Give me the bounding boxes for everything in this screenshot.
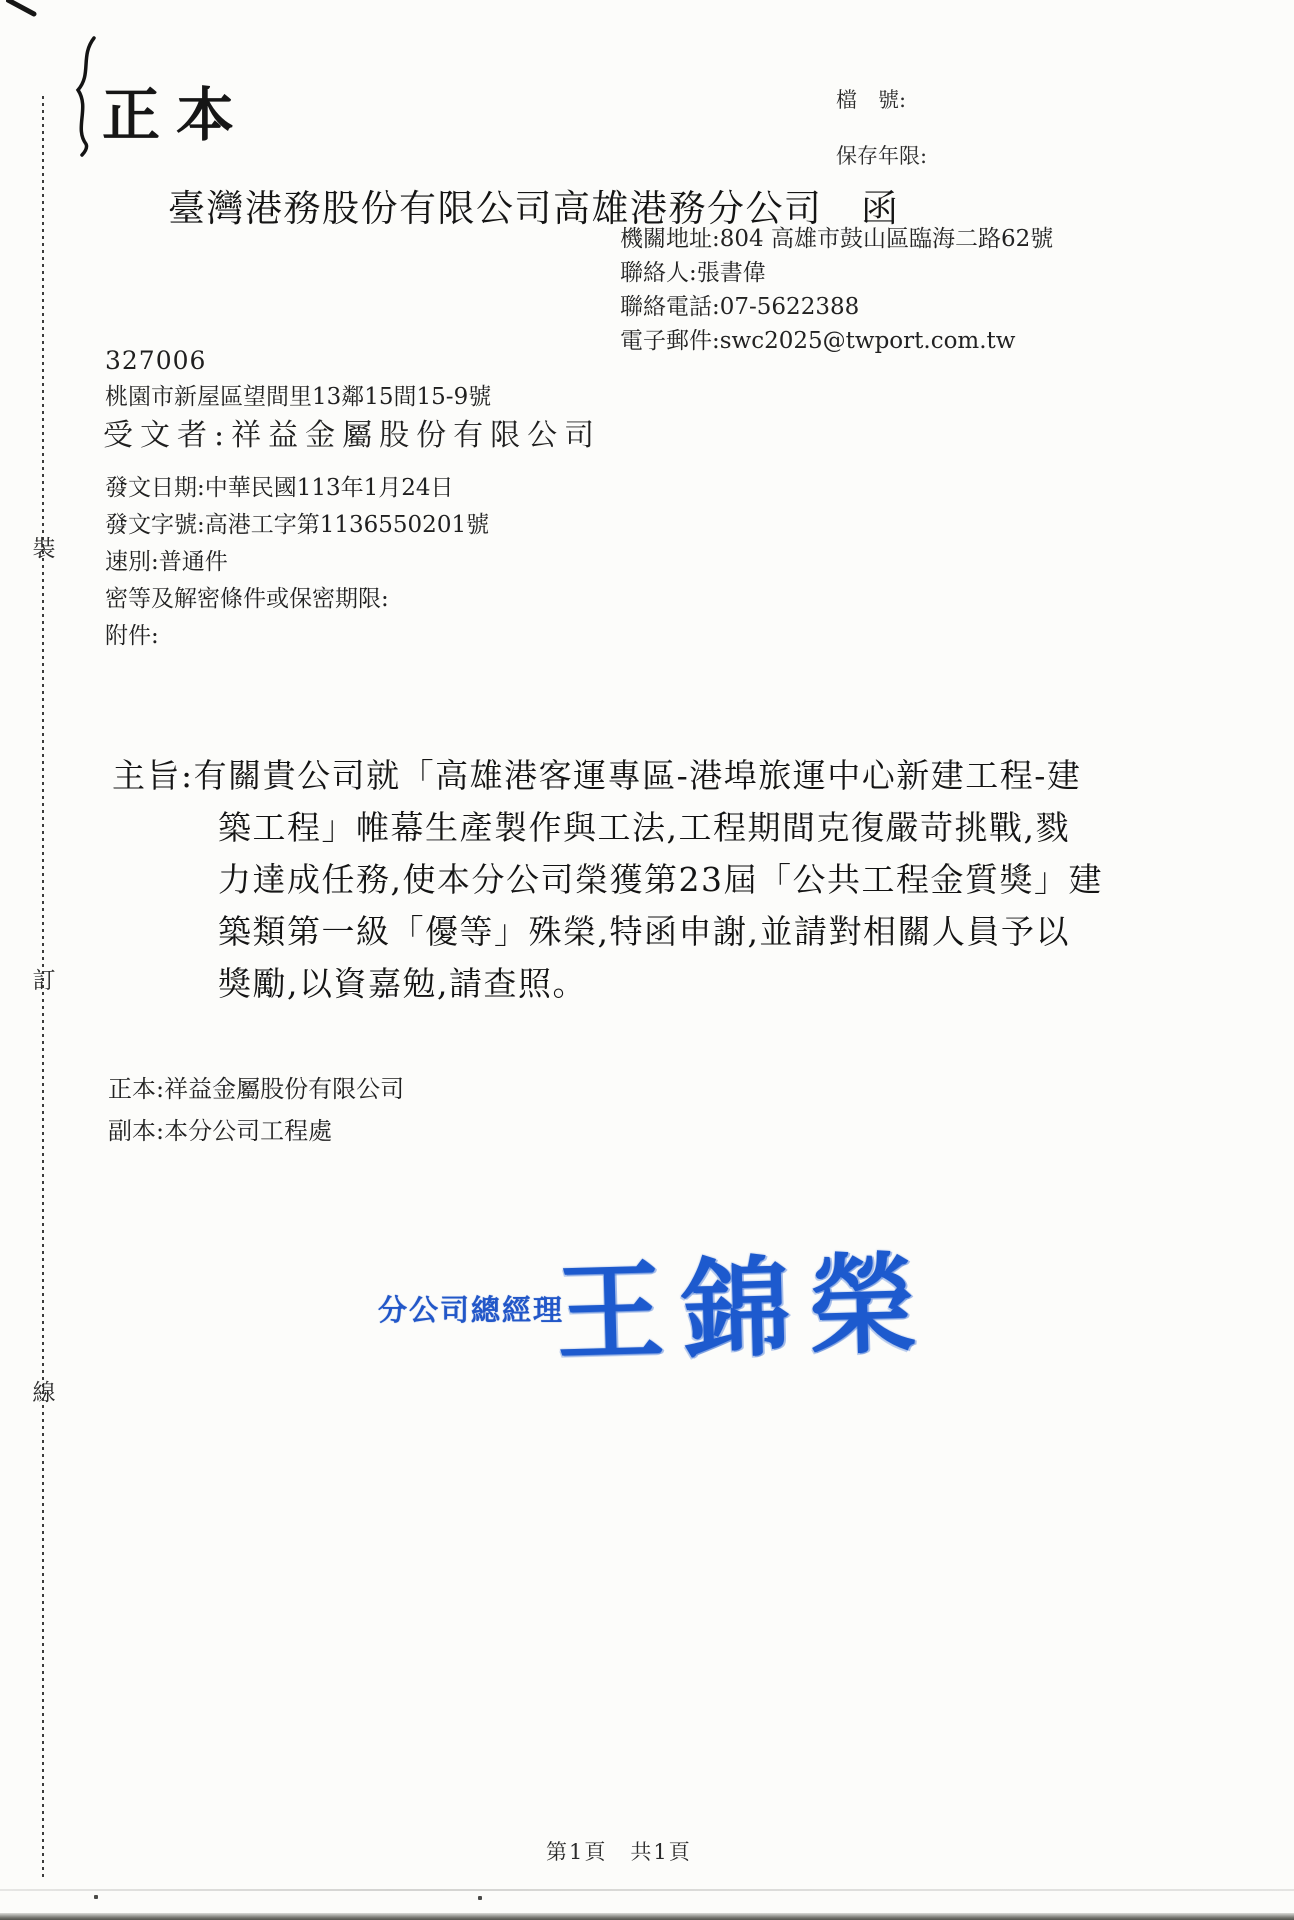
scan-mark-corner xyxy=(6,0,40,20)
meta-block: 發文日期:中華民國113年1月24日 發文字號:高港工字第1136550201號… xyxy=(105,470,489,655)
cc-copy-value: 本分公司工程處 xyxy=(164,1117,332,1145)
recipient-name: 祥益金屬股份有限公司 xyxy=(231,418,601,453)
file-number-label: 檔 號: xyxy=(836,72,927,128)
doc-number-row: 發文字號:高港工字第1136550201號 xyxy=(105,507,489,544)
recipient-label: 受文者: xyxy=(103,418,231,453)
agency-address-value: 804 高雄市鼓山區臨海二路62號 xyxy=(720,226,1053,252)
security-label: 密等及解密條件或保密期限: xyxy=(105,586,389,612)
issue-date-value: 中華民國113年1月24日 xyxy=(205,475,454,501)
scan-mark-squiggle xyxy=(62,34,104,158)
attachment-row: 附件: xyxy=(105,618,489,655)
page-indicator: 第1頁 共1頁 xyxy=(546,1836,692,1866)
cc-copy-label: 副本: xyxy=(108,1117,164,1145)
distribution-block: 正本:祥益金屬股份有限公司 副本:本分公司工程處 xyxy=(108,1068,404,1152)
doc-number-label: 發文字號: xyxy=(105,512,205,538)
binding-char-ding: 訂 xyxy=(30,962,58,995)
contact-phone-value: 07-5622388 xyxy=(720,294,859,320)
cc-copy-row: 副本:本分公司工程處 xyxy=(108,1110,404,1152)
attachment-label: 附件: xyxy=(105,623,159,649)
original-copy-value: 祥益金屬股份有限公司 xyxy=(164,1075,404,1103)
contact-person-value: 張書偉 xyxy=(697,260,766,286)
contact-person-row: 聯絡人:張書偉 xyxy=(620,256,1053,290)
issue-date-row: 發文日期:中華民國113年1月24日 xyxy=(105,470,489,507)
signer-name-stamp: 王錦榮 xyxy=(554,1217,936,1382)
scan-speck xyxy=(94,1895,98,1899)
agency-address-row: 機關地址:804 高雄市鼓山區臨海二路62號 xyxy=(620,222,1053,256)
priority-row: 速別:普通件 xyxy=(105,544,489,581)
recipient-line: 受文者:祥益金屬股份有限公司 xyxy=(103,410,601,454)
contact-phone-row: 聯絡電話:07-5622388 xyxy=(620,290,1053,324)
copy-type-label: 正本 xyxy=(102,68,250,152)
recipient-zip: 327006 xyxy=(105,346,206,375)
priority-label: 速別: xyxy=(105,549,159,575)
scan-artifact-line xyxy=(0,1889,1294,1891)
subject-text: 有關貴公司就「高雄港客運專區-港埠旅運中心新建工程-建 築工程」帷幕生產製作與工… xyxy=(194,756,1103,1003)
scan-bottom-edge xyxy=(0,1913,1294,1920)
contact-email-row: 電子郵件:swc2025@twport.com.tw xyxy=(620,324,1053,358)
contact-phone-label: 聯絡電話: xyxy=(620,294,720,320)
recipient-address: 桃園市新屋區望間里13鄰15間15-9號 xyxy=(105,378,491,411)
original-copy-label: 正本: xyxy=(108,1075,164,1103)
original-copy-row: 正本:祥益金屬股份有限公司 xyxy=(108,1068,404,1110)
signer-title-stamp: 分公司總經理 xyxy=(378,1288,564,1329)
issue-date-label: 發文日期: xyxy=(105,475,205,501)
contact-email-label: 電子郵件: xyxy=(620,328,720,354)
doc-number-value: 高港工字第1136550201號 xyxy=(205,512,489,538)
contact-email-value: swc2025@twport.com.tw xyxy=(720,328,1016,354)
filing-block: 檔 號: 保存年限: xyxy=(836,72,927,184)
scan-speck xyxy=(478,1896,482,1900)
agency-address-label: 機關地址: xyxy=(620,226,720,252)
binding-char-xian: 線 xyxy=(30,1374,58,1407)
retention-period-label: 保存年限: xyxy=(836,128,927,184)
security-row: 密等及解密條件或保密期限: xyxy=(105,581,489,618)
agency-contact-block: 機關地址:804 高雄市鼓山區臨海二路62號 聯絡人:張書偉 聯絡電話:07-5… xyxy=(620,222,1053,358)
priority-value: 普通件 xyxy=(159,549,228,575)
subject-block: 主旨:有關貴公司就「高雄港客運專區-港埠旅運中心新建工程-建 築工程」帷幕生產製… xyxy=(112,750,1294,1010)
binding-char-zhuang: 裝 xyxy=(30,530,58,563)
subject-label: 主旨: xyxy=(112,756,194,795)
contact-person-label: 聯絡人: xyxy=(620,260,697,286)
